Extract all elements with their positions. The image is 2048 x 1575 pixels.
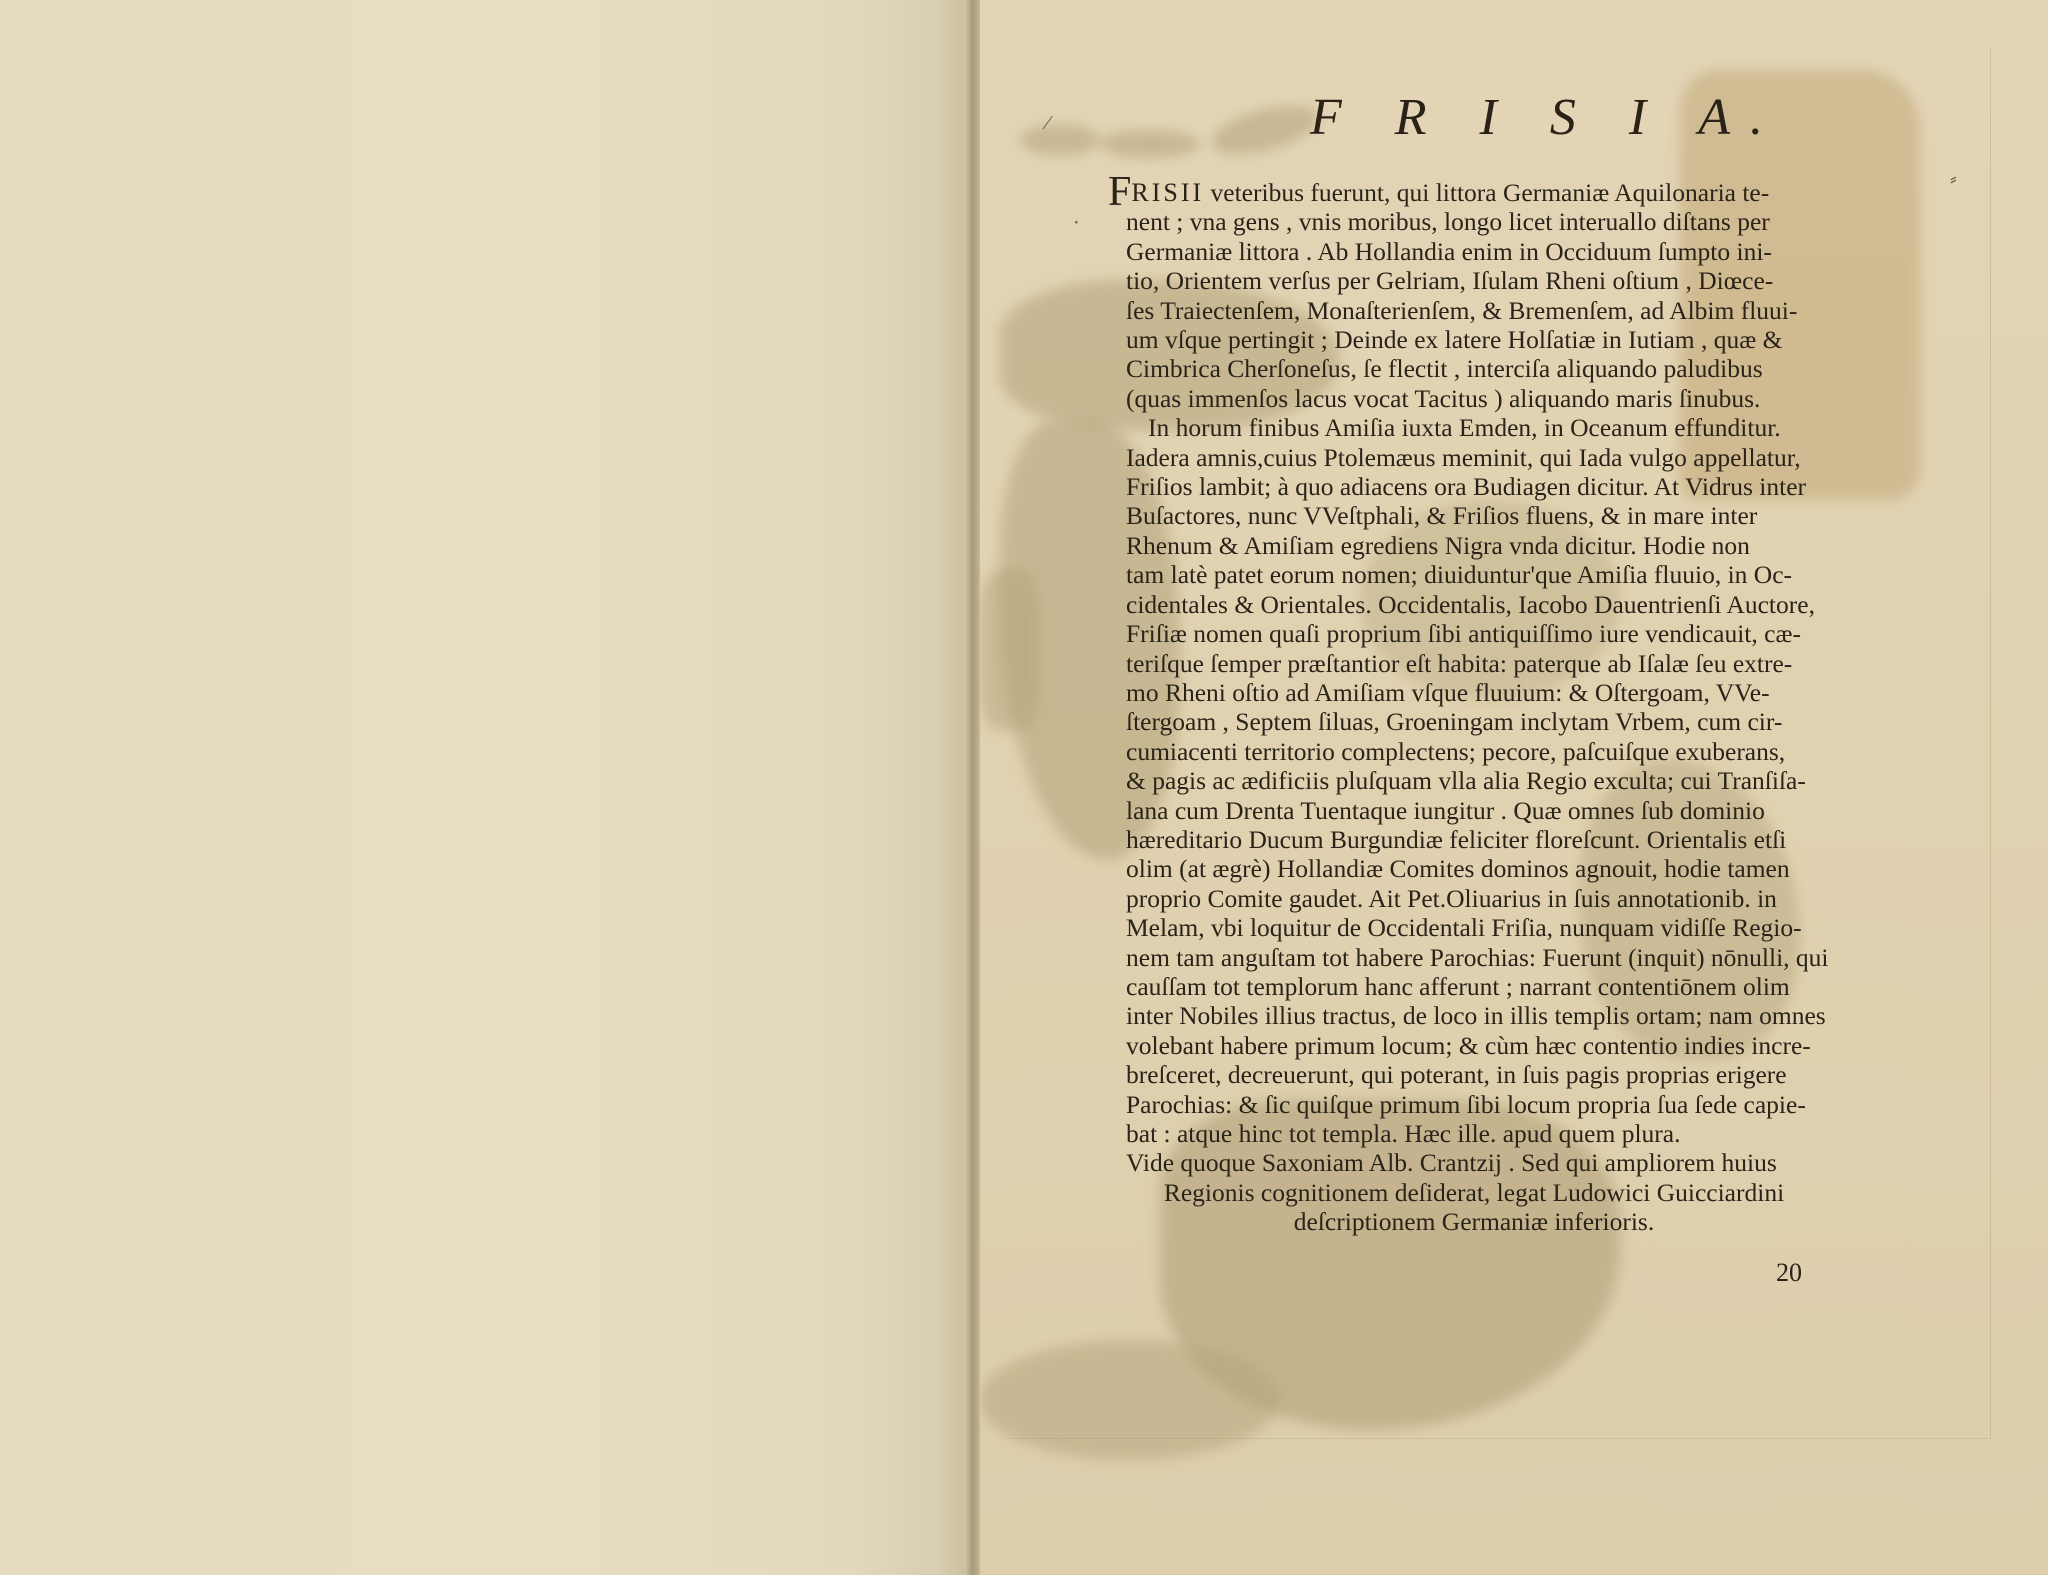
text-line: tio, Orientem verſus per Gelriam, Iſulam… xyxy=(1108,266,1820,295)
text-line: FRISII veteribus fuerunt, qui littora Ge… xyxy=(1108,178,1820,207)
text-line: breſceret, decreuerunt, qui poterant, in… xyxy=(1108,1060,1820,1089)
text-line: Cimbrica Cherſoneſus, ſe flectit , inter… xyxy=(1108,354,1820,383)
page-title: F R I S I A. xyxy=(1310,88,1783,147)
text-line: Germaniæ littora . Ab Hollandia enim in … xyxy=(1108,237,1820,266)
text-line: volebant habere primum locum; & cùm hæc … xyxy=(1108,1031,1820,1060)
text-line: nem tam anguſtam tot habere Parochias: F… xyxy=(1108,943,1820,972)
text-line: Melam, vbi loquitur de Occidentali Friſi… xyxy=(1108,913,1820,942)
text-line: Parochias: & ſic quiſque primum ſibi loc… xyxy=(1108,1090,1820,1119)
text-line: inter Nobiles illius tractus, de loco in… xyxy=(1108,1001,1820,1030)
text-line: proprio Comite gaudet. Ait Pet.Oliuarius… xyxy=(1108,884,1820,913)
margin-speck: ⁄ xyxy=(1046,112,1049,135)
text-line: deſcriptionem Germaniæ inferioris. xyxy=(1108,1207,1820,1236)
text-line: Iadera amnis,cuius Ptolemæus meminit, qu… xyxy=(1108,443,1820,472)
text-line: cauſſam tot templorum hanc afferunt ; na… xyxy=(1108,972,1820,1001)
text-line: ſtergoam , Septem ſiluas, Groeningam inc… xyxy=(1108,707,1820,736)
lead-word: RISII xyxy=(1131,178,1204,207)
text-line: tam latè patet eorum nomen; diuiduntur'q… xyxy=(1108,560,1820,589)
text-line: Friſios lambit; à quo adiacens ora Budia… xyxy=(1108,472,1820,501)
text-line: um vſque pertingit ; Deinde ex latere Ho… xyxy=(1108,325,1820,354)
text-line: nent ; vna gens , vnis moribus, longo li… xyxy=(1108,207,1820,236)
text-line: teriſque ſemper præſtantior eſt habita: … xyxy=(1108,649,1820,678)
text-line: cumiacenti territorio complectens; pecor… xyxy=(1108,737,1820,766)
page-number: 20 xyxy=(1776,1258,1802,1288)
text-line: Buſactores, nunc VVeſtphali, & Friſios f… xyxy=(1108,501,1820,530)
text-line: Vide quoque Saxoniam Alb. Crantzij . Sed… xyxy=(1108,1148,1820,1177)
text-line: & pagis ac ædificiis pluſquam vlla alia … xyxy=(1108,766,1820,795)
text-line: bat : atque hinc tot templa. Hæc ille. a… xyxy=(1108,1119,1820,1148)
text-line: Rhenum & Amiſiam egrediens Nigra vnda di… xyxy=(1108,531,1820,560)
text-line: lana cum Drenta Tuentaque iungitur . Quæ… xyxy=(1108,796,1820,825)
text-line: Regionis cognitionem deſiderat, legat Lu… xyxy=(1108,1178,1820,1207)
text-line: mo Rheni oſtio ad Amiſiam vſque fluuium:… xyxy=(1108,678,1820,707)
text-line: In horum finibus Amiſia iuxta Emden, in … xyxy=(1108,413,1820,442)
text-line: ſes Traiectenſem, Monaſterienſem, & Brem… xyxy=(1108,296,1820,325)
margin-speck: · xyxy=(1073,212,1080,235)
text-line: (quas immenſos lacus vocat Tacitus ) ali… xyxy=(1108,384,1820,413)
text-line: cidentales & Orientales. Occidentalis, I… xyxy=(1108,590,1820,619)
left-page-blank xyxy=(0,0,968,1575)
text-line: hæreditario Ducum Burgundiæ feliciter fl… xyxy=(1108,825,1820,854)
text-line: Friſiæ nomen quaſi proprium ſibi antiqui… xyxy=(1108,619,1820,648)
text-line: olim (at ægrè) Hollandiæ Comites dominos… xyxy=(1108,854,1820,883)
margin-speck: ⸗ xyxy=(1950,168,1957,191)
body-text: FRISII veteribus fuerunt, qui littora Ge… xyxy=(1108,178,1820,1237)
book-spread: F R I S I A. FRISII veteribus fuerunt, q… xyxy=(0,0,2048,1575)
